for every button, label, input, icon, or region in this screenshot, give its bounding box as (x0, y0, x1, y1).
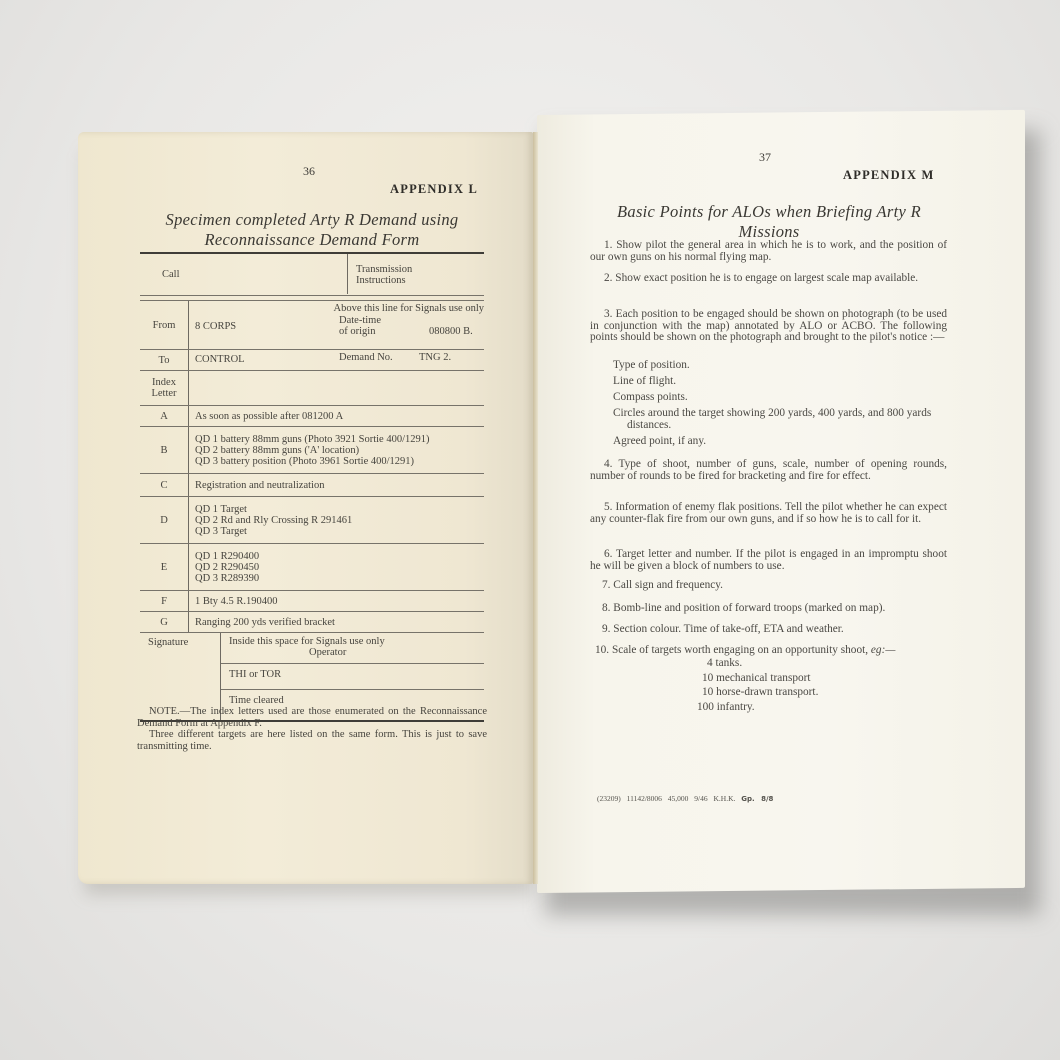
target-scale-item: 4 tanks. (697, 658, 818, 670)
page-number-right: 37 (759, 150, 771, 165)
title-line-1: Specimen completed Arty R Demand using (140, 210, 484, 230)
point-3-item: Type of position. (613, 360, 948, 372)
form-entry-line: Ranging 200 yds verified bracket (195, 617, 484, 628)
index-letter: A (140, 406, 189, 426)
point-5-text: 5. Information of enemy flak positions. … (590, 502, 947, 525)
form-row-from: From Above this line for Signals use onl… (140, 301, 484, 349)
datetime-value: 080800 B. (429, 326, 473, 337)
point-6: 6. Target letter and number. If the pilo… (590, 549, 947, 572)
form-note: NOTE.—The index letters used are those e… (137, 706, 487, 752)
index-letter: B (140, 427, 189, 473)
point-6-text: 6. Target letter and number. If the pilo… (590, 549, 947, 572)
form-entry-line: QD 2 R290450 (195, 562, 484, 573)
point-1: 1. Show pilot the general area in which … (590, 240, 947, 263)
book-spine (533, 132, 538, 884)
point-3-sublist: Type of position.Line of flight.Compass … (613, 360, 948, 452)
form-row-g: GRanging 200 yds verified bracket (140, 612, 484, 632)
datetime-label-2: of origin (339, 326, 381, 337)
from-value: 8 CORPS (195, 321, 236, 332)
target-scale-item: 10 mechanical transport (697, 673, 818, 685)
index-letter: C (140, 474, 189, 496)
datetime-label-1: Date-time (339, 315, 381, 326)
to-label: To (140, 350, 189, 370)
point-10: 10. Scale of targets worth engaging on a… (595, 645, 950, 657)
footer-group: Gp. 8/8 (741, 795, 773, 803)
point-3-item: Agreed point, if any. (613, 436, 948, 448)
demand-label: Demand No. (339, 352, 393, 363)
form-entry-line: QD 1 R290400 (195, 551, 484, 562)
call-label: Call (140, 254, 348, 294)
form-row-to: To CONTROL Demand No. TNG 2. (140, 350, 484, 370)
form-entry-line: QD 3 battery position (Photo 3961 Sortie… (195, 456, 484, 467)
signals-inside-box: Inside this space for Signals use only O… (221, 633, 484, 664)
transmission-line-1: Transmission (356, 264, 484, 275)
form-row-e: EQD 1 R290400QD 2 R290450QD 3 R289390 (140, 544, 484, 590)
form-row-a: AAs soon as possible after 081200 A (140, 406, 484, 426)
from-label: From (140, 301, 189, 349)
to-value: CONTROL (195, 354, 245, 365)
point-1-text: 1. Show pilot the general area in which … (590, 240, 947, 263)
point-2-text: 2. Show exact position he is to engage o… (590, 273, 947, 285)
reconnaissance-demand-form: Call Transmission Instructions From Abov… (140, 252, 484, 722)
datetime-label: Date-time of origin (339, 315, 381, 337)
signals-inside-note: Inside this space for Signals use only (229, 636, 476, 647)
form-row-d: DQD 1 TargetQD 2 Rd and Rly Crossing R 2… (140, 497, 484, 543)
form-row-call: Call Transmission Instructions (140, 254, 484, 294)
point-8: 8. Bomb-line and position of forward tro… (600, 603, 950, 615)
form-entry-line: QD 1 Target (195, 504, 484, 515)
form-row-b: BQD 1 battery 88mm guns (Photo 3921 Sort… (140, 427, 484, 473)
signals-above-note: Above this line for Signals use only (334, 303, 485, 314)
operator-label: Operator (229, 647, 476, 658)
page-number-left: 36 (303, 164, 315, 179)
print-footer: (23209) 11142/8006 45,000 9/46 K.H.K. Gp… (597, 794, 773, 803)
point-7: 7. Call sign and frequency. (600, 580, 950, 592)
title-line-2: Reconnaissance Demand Form (140, 230, 484, 250)
index-letter: D (140, 497, 189, 543)
form-entry-line: 1 Bty 4.5 R.190400 (195, 596, 484, 607)
form-entry-line: As soon as possible after 081200 A (195, 411, 484, 422)
point-10-eg: eg:— (871, 644, 895, 656)
form-index-rows: AAs soon as possible after 081200 ABQD 1… (140, 405, 484, 632)
index-label-1: Index (152, 377, 176, 388)
index-label-2: Letter (151, 388, 176, 399)
point-3-text: 3. Each position to be engaged should be… (590, 309, 947, 344)
form-entry-line: QD 1 battery 88mm guns (Photo 3921 Sorti… (195, 434, 484, 445)
form-row-index-header: Index Letter (140, 371, 484, 405)
point-5: 5. Information of enemy flak positions. … (590, 502, 947, 525)
left-page-title: Specimen completed Arty R Demand using R… (140, 210, 484, 250)
point-10-text: 10. Scale of targets worth engaging on a… (595, 644, 868, 656)
target-scale-item: 10 horse-drawn transport. (697, 687, 818, 699)
form-row-f: F1 Bty 4.5 R.190400 (140, 591, 484, 611)
index-letter: G (140, 612, 189, 632)
point-3-item: Line of flight. (613, 376, 948, 388)
index-letter: E (140, 544, 189, 590)
transmission-line-2: Instructions (356, 275, 484, 286)
footer-text: (23209) 11142/8006 45,000 9/46 K.H.K. (597, 794, 735, 803)
transmission-instructions: Transmission Instructions (348, 254, 484, 294)
index-letter-label: Index Letter (140, 371, 189, 405)
target-scale-list: 4 tanks.10 mechanical transport10 horse-… (697, 658, 818, 716)
form-entry-line: QD 3 R289390 (195, 573, 484, 584)
form-entry-line: QD 2 battery 88mm guns ('A' location) (195, 445, 484, 456)
point-2: 2. Show exact position he is to engage o… (590, 273, 947, 285)
thi-tor-field: THI or TOR (221, 664, 484, 690)
target-scale-item: 100 infantry. (697, 702, 818, 714)
point-4: 4. Type of shoot, number of guns, scale,… (590, 459, 947, 482)
right-page-title: Basic Points for ALOs when Briefing Arty… (588, 202, 950, 242)
note-paragraph-1: NOTE.—The index letters used are those e… (137, 706, 487, 729)
point-4-text: 4. Type of shoot, number of guns, scale,… (590, 459, 947, 482)
form-entry-line: Registration and neutralization (195, 480, 484, 491)
title-line-1: Basic Points for ALOs when Briefing Arty… (588, 202, 950, 222)
point-3: 3. Each position to be engaged should be… (590, 309, 947, 344)
points-7-to-10: 7. Call sign and frequency. 8. Bomb-line… (600, 580, 950, 661)
point-9: 9. Section colour. Time of take-off, ETA… (600, 624, 950, 636)
note-paragraph-2: Three different targets are here listed … (137, 729, 487, 752)
index-letter: F (140, 591, 189, 611)
form-row-c: CRegistration and neutralization (140, 474, 484, 496)
point-3-item: Circles around the target showing 200 ya… (613, 408, 948, 431)
appendix-heading-left: APPENDIX L (390, 182, 478, 197)
form-entry-line: QD 3 Target (195, 526, 484, 537)
appendix-heading-right: APPENDIX M (843, 168, 935, 183)
demand-value: TNG 2. (419, 352, 451, 363)
form-entry-line: QD 2 Rd and Rly Crossing R 291461 (195, 515, 484, 526)
point-3-item: Compass points. (613, 392, 948, 404)
